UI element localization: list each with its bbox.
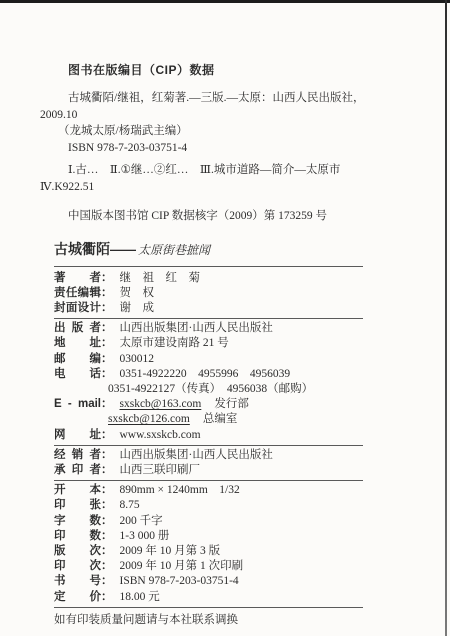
row-label: 开本 [54, 483, 101, 498]
divider-after-credits [54, 318, 363, 319]
row-label: 定价 [54, 590, 101, 605]
row-label: 经销者 [54, 448, 101, 463]
row-value: 贺 权 [120, 287, 155, 299]
row-value: 200 千字 [120, 515, 163, 527]
row-note: 总编室 [203, 413, 238, 425]
colophon-row-distributor: 经销者：山西出版集团·山西人民出版社 [54, 448, 394, 463]
row-colon: ： [101, 530, 113, 542]
row-label: 电话 [54, 367, 101, 382]
colophon-row-publisher: 出版者：山西出版集团·山西人民出版社 [54, 321, 394, 336]
colophon-row-format: 开本：890mm × 1240mm 1/32 [54, 483, 394, 498]
colophon-row-phone: 电话：0351-4922220 4955996 4956039 [54, 367, 394, 382]
row-colon: ： [101, 429, 113, 441]
cip-isbn: ISBN 978-7-203-03751-4 [68, 140, 394, 157]
colophon-row-author: 著者：继 祖 红 菊 [54, 271, 394, 286]
title-dash: —— [110, 242, 136, 257]
row-colon: ： [101, 287, 113, 299]
row-label: 印数 [54, 529, 101, 544]
colophon-row-printer: 承印者：山西三联印刷厂 [54, 463, 394, 478]
scan-edge-right [445, 0, 447, 636]
row-label: 字数 [54, 514, 101, 529]
row-colon: ： [101, 302, 113, 314]
row-label: 封面设计 [54, 301, 101, 316]
book-title: 古城衢陌 [54, 241, 110, 257]
book-title-line: 古城衢陌——太原街巷摭闻 [54, 240, 394, 261]
colophon-row-isbn: 书号：ISBN 978-7-203-03751-4 [54, 574, 394, 589]
row-label: 印张 [54, 498, 101, 513]
row-colon: ： [101, 484, 113, 496]
colophon-row-edition: 版次：2009 年 10 月第 3 版 [54, 544, 394, 559]
row-colon: ： [101, 591, 113, 603]
row-label: 地址 [54, 336, 101, 351]
book-copyright-page: 图书在版编目（CIP）数据 古城衢陌/继祖，红菊著.—三版.—太原：山西人民出版… [0, 0, 450, 636]
book-subtitle: 太原街巷摭闻 [138, 243, 210, 257]
row-note: 发行部 [214, 398, 249, 410]
row-value: 0351-4922127（传真） 4956038（邮购） [108, 383, 313, 395]
scan-edge-top [0, 0, 450, 3]
colophon-row-phone-cont: 0351-4922127（传真） 4956038（邮购） [54, 382, 394, 397]
colophon-row-editor: 责任编辑：贺 权 [54, 286, 394, 301]
row-value: 太原市建设南路 21 号 [120, 337, 229, 349]
row-colon: ： [101, 560, 113, 572]
row-label: 印次 [54, 559, 101, 574]
colophon-row-sheets: 印张：8.75 [54, 498, 394, 513]
row-label: E - mail [54, 397, 101, 412]
row-value: 山西三联印刷厂 [120, 464, 201, 476]
row-value: 8.75 [120, 499, 140, 511]
row-label: 承印者 [54, 463, 101, 478]
row-value: 890mm × 1240mm 1/32 [120, 484, 240, 496]
row-value: 2009 年 10 月第 3 版 [120, 545, 221, 557]
colophon-row-email-distribution: E - mail：sxskcb@163.com发行部 [54, 397, 394, 412]
row-value: 0351-4922220 4955996 4956039 [120, 368, 291, 380]
row-label: 网址 [54, 428, 101, 443]
cip-header: 图书在版编目（CIP）数据 [68, 62, 394, 78]
row-colon: ： [101, 322, 113, 334]
row-colon: ： [101, 272, 113, 284]
colophon-row-wordcount: 字数：200 千字 [54, 514, 394, 529]
cip-entry-line1: 古城衢陌/继祖，红菊著.—三版.—太原：山西人民出版社， [68, 90, 394, 107]
row-colon: ： [101, 515, 113, 527]
row-value: 030012 [120, 353, 155, 365]
cip-classification-line1: Ⅰ.古… Ⅱ.①继…②红… Ⅲ.城市道路—简介—太原市 [68, 162, 394, 179]
row-label: 出版者 [54, 321, 101, 336]
row-value: 谢 成 [120, 302, 155, 314]
row-colon: ： [101, 449, 113, 461]
colophon-row-price: 定价：18.00 元 [54, 590, 394, 605]
row-label: 邮编 [54, 352, 101, 367]
cip-classification-line2: Ⅳ.K922.51 [40, 179, 394, 196]
colophon-row-address: 地址：太原市建设南路 21 号 [54, 336, 394, 351]
row-value-email: sxskcb@163.com [120, 398, 202, 410]
row-label: 书号 [54, 574, 101, 589]
colophon-row-impression: 印次：2009 年 10 月第 1 次印刷 [54, 559, 394, 574]
row-label: 责任编辑 [54, 286, 101, 301]
quality-exchange-note: 如有印装质量问题请与本社联系调换 [54, 613, 394, 628]
row-value-url: www.sxskcb.com [120, 429, 201, 441]
row-label: 版次 [54, 544, 101, 559]
colophon-row-cover-design: 封面设计：谢 成 [54, 301, 394, 316]
cip-registry-number: 中国版本图书馆 CIP 数据核字（2009）第 173259 号 [68, 208, 394, 225]
divider-after-printer [54, 480, 363, 481]
colophon-row-email-editorial: sxskcb@126.com总编室 [54, 412, 394, 427]
divider-after-contact [54, 445, 363, 446]
cip-entry-line2: 2009.10 [40, 107, 394, 124]
row-colon: ： [101, 398, 113, 410]
row-value: 山西出版集团·山西人民出版社 [120, 322, 273, 334]
row-value: 18.00 元 [120, 591, 160, 603]
row-value: 1-3 000 册 [120, 530, 170, 542]
row-colon: ： [101, 337, 113, 349]
row-label: 著者 [54, 271, 101, 286]
colophon-content: 图书在版编目（CIP）数据 古城衢陌/继祖，红菊著.—三版.—太原：山西人民出版… [54, 62, 394, 628]
row-value: 山西出版集团·山西人民出版社 [120, 449, 273, 461]
row-colon: ： [101, 575, 113, 587]
divider-under-title [54, 266, 363, 267]
row-value: 继 祖 红 菊 [120, 272, 201, 284]
cip-series-note: （龙城太原/杨瑞武主编） [58, 123, 394, 140]
row-colon: ： [101, 499, 113, 511]
row-value: ISBN 978-7-203-03751-4 [120, 575, 239, 587]
divider-before-footer [54, 607, 363, 608]
row-colon: ： [101, 353, 113, 365]
colophon-row-printrun: 印数：1-3 000 册 [54, 529, 394, 544]
row-colon: ： [101, 464, 113, 476]
row-value-email: sxskcb@126.com [108, 413, 190, 425]
colophon-row-website: 网址：www.sxskcb.com [54, 428, 394, 443]
row-colon: ： [101, 545, 113, 557]
row-value: 2009 年 10 月第 1 次印刷 [120, 560, 244, 572]
colophon-row-postcode: 邮编：030012 [54, 352, 394, 367]
row-colon: ： [101, 368, 113, 380]
